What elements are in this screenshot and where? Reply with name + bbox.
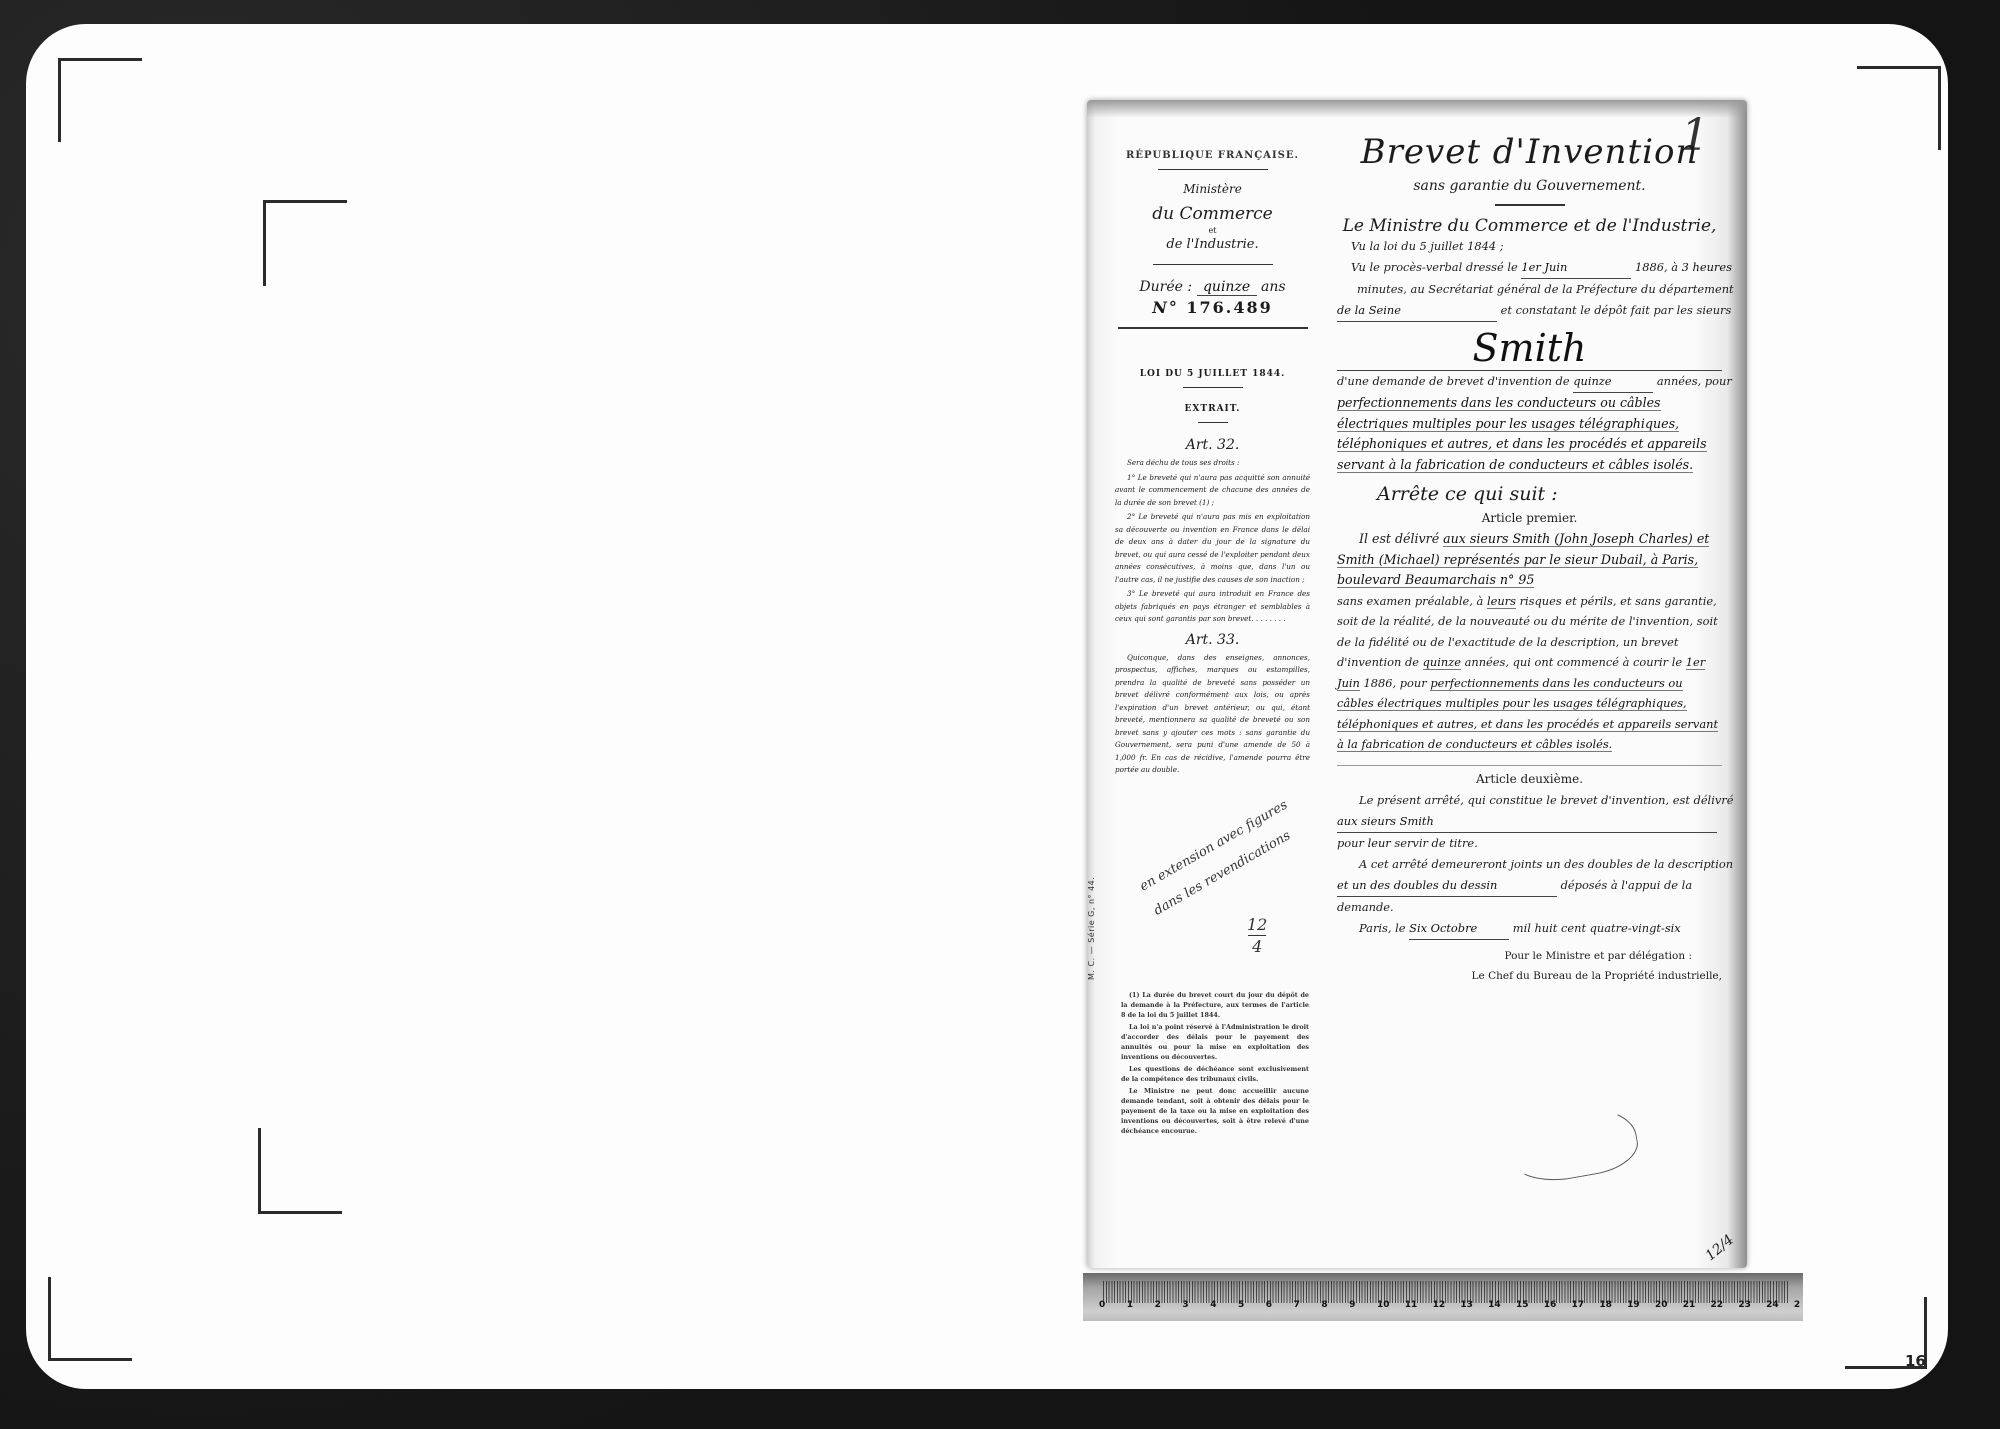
footnote: (1) La durée du brevet court du jour du … [1121,990,1309,1020]
divider [1337,765,1722,766]
divider [1183,387,1243,388]
ruler-label: 12 [1433,1300,1461,1310]
ruler-label: 9 [1349,1300,1377,1310]
issue-year-word: six [1665,921,1681,935]
art32-para: 3° Le breveté qui aura introduit en Fran… [1115,588,1310,626]
footnote: Le Ministre ne peut donc accueillir aucu… [1121,1086,1309,1136]
duration-value: quinze [1197,279,1257,296]
patent-number-field: N° 176.489 [1115,298,1310,317]
text: mil huit cent quatre-vingt- [1513,921,1665,935]
article2-line3: A cet arrêté demeureront joints un des d… [1337,854,1722,875]
text: un des doubles de la description [1546,857,1733,871]
deposit-hour: 3 heures [1682,260,1732,274]
minutes-line: minutes, au Secrétariat général de la Pr… [1337,279,1722,300]
divider [1118,327,1308,329]
duration-label: Durée : [1139,279,1192,295]
footnotes: (1) La durée du brevet court du jour du … [1121,990,1309,1138]
text: pour [1400,676,1427,690]
ministere-label: Ministère [1115,182,1310,196]
ruler-label: 4 [1210,1300,1238,1310]
deposit-date: 1er Juin [1521,257,1631,279]
art32-para: 2° Le breveté qui n'aura pas mis en expl… [1115,511,1310,586]
date-line: Paris, le Six Octobre mil huit cent quat… [1337,918,1722,940]
handwritten-margin-note: en extension avec figures dans les reven… [1134,791,1309,924]
crop-mark-outer-bottom-left [48,1277,132,1361]
article2-line1: Le présent arrêté, qui constitue le brev… [1337,790,1722,811]
ruler-label: 23 [1738,1300,1766,1310]
ruler-label: 18 [1599,1300,1627,1310]
arrete-heading: Arrête ce qui suit : [1377,483,1722,505]
ruler-label: 6 [1266,1300,1294,1310]
ruler-label: 11 [1405,1300,1433,1310]
patent-number: 176.489 [1186,298,1272,317]
crop-mark-inner-bottom-left [258,1128,342,1214]
text: pour [1337,836,1364,850]
ruler-label: 1 [1127,1300,1155,1310]
ruler-label: 10 [1377,1300,1405,1310]
divider [1158,169,1268,170]
law-title: LOI DU 5 JUILLET 1844. [1115,369,1310,379]
text: joint [1510,857,1536,871]
ruler-label: 20 [1655,1300,1683,1310]
duration-field: Durée : quinze ans [1115,279,1310,296]
text: déposés à l'appui de la [1561,878,1692,892]
granted-duration: quinze [1423,655,1461,670]
margin-fraction: 12 4 [1247,915,1267,956]
divider [1153,264,1273,265]
vu-loi-line: Vu la loi du 5 juillet 1844 ; [1337,236,1722,257]
deposit-year: 1886, à [1635,260,1678,274]
patent-document: 1 12/4 RÉPUBLIQUE FRANÇAISE. Ministère d… [1087,100,1747,1268]
art32-para: Sera déchu de tous ses droits : [1115,457,1310,470]
plate-number: 16 [1905,1352,1926,1370]
text: années, qui ont commencé à courir le [1465,655,1683,669]
left-column-header: RÉPUBLIQUE FRANÇAISE. Ministère du Comme… [1115,150,1310,779]
republic-heading: RÉPUBLIQUE FRANÇAISE. [1115,150,1310,161]
text: A cet arrêté demeurer [1359,857,1488,871]
art33-para: Quiconque, dans des enseignes, annonces,… [1115,652,1310,777]
vu-proces-verbal-line: Vu le procès-verbal dressé le 1er Juin 1… [1337,257,1722,279]
et-label: et [1115,226,1310,235]
ruler-label: 5 [1238,1300,1266,1310]
text: Il est délivré [1359,531,1439,546]
filled-phrase: et un des doubles du dessin [1337,875,1557,897]
article2-line2: pour leur servir de titre. [1337,833,1722,854]
departement: de la Seine [1337,300,1497,322]
footnote: La loi n'a point réservé à l'Administrat… [1121,1022,1309,1062]
commerce-label: du Commerce [1115,204,1310,224]
ruler-label: 7 [1294,1300,1322,1310]
document-subtitle: sans garantie du Gouvernement. [1337,178,1722,194]
ruler-label: 15 [1516,1300,1544,1310]
ruler-label: 21 [1683,1300,1711,1310]
ruler-label: 0 [1099,1300,1127,1310]
applicant-name: Smith [1337,326,1722,371]
ruler-label: 17 [1572,1300,1600,1310]
handwritten-signature [1502,1097,1642,1189]
divider [1198,422,1228,423]
text: d'une demande de brevet d'invention de [1337,374,1570,388]
fraction-denominator: 4 [1247,937,1267,956]
duration-unit: ans [1261,279,1286,295]
ruler-labels: 0 1 2 3 4 5 6 7 8 9 10 11 12 13 14 15 16… [1099,1300,1822,1310]
ruler-label: 2 [1794,1300,1822,1310]
text: et constatant le dépôt fait par les sieu… [1501,303,1732,317]
requested-duration: quinze [1573,371,1653,393]
minister-heading: Le Ministre du Commerce et de l'Industri… [1337,216,1722,236]
filled-word: leurs [1487,594,1516,609]
demande-line: d'une demande de brevet d'invention de q… [1337,371,1722,393]
fraction-numerator: 12 [1247,915,1267,934]
article1-holders: Il est délivré aux sieurs Smith (John Jo… [1337,529,1722,591]
art32-para: 1° Le breveté qui n'aura pas acquitté so… [1115,472,1310,510]
article1-heading: Article premier. [1337,511,1722,525]
crop-mark-outer-top-right [1857,66,1941,150]
document-title: Brevet d'Invention [1337,132,1722,172]
ruler-label: 3 [1182,1300,1210,1310]
ruler-label: 8 [1321,1300,1349,1310]
ruler-label: 14 [1488,1300,1516,1310]
art32-heading: Art. 32. [1115,437,1310,453]
article2-line4: et un des doubles du dessin déposés à l'… [1337,875,1722,897]
number-label: N° [1152,298,1179,317]
corner-annotation: 12/4 [1702,1232,1736,1264]
article2-heading: Article deuxième. [1337,772,1722,786]
art33-heading: Art. 33. [1115,632,1310,648]
ruler-label: 24 [1766,1300,1794,1310]
issue-date: Six Octobre [1409,918,1509,940]
footnote: Les questions de déchéance sont exclusiv… [1121,1064,1309,1084]
series-label: M. C. — Série G, n° 44. [1087,860,1096,980]
extract-heading: EXTRAIT. [1115,404,1310,414]
patent-body: Brevet d'Invention sans garantie du Gouv… [1337,132,1722,986]
crop-mark-inner-top-left [263,200,347,286]
departement-line: de la Seine et constatant le dépôt fait … [1337,300,1722,322]
fraction-bar [1248,935,1266,936]
text: Vu le procès-verbal dressé le [1351,260,1518,274]
filled-word: ont [1488,857,1507,871]
article1-body: sans examen préalable, à leurs risques e… [1337,591,1722,755]
ruler-label: 22 [1711,1300,1739,1310]
signature-block: Pour le Ministre et par délégation : Le … [1337,946,1722,986]
text: servir de titre. [1394,836,1477,850]
article2-holders: aux sieurs Smith [1337,811,1722,833]
ruler-label: 2 [1155,1300,1183,1310]
ruler-label: 13 [1460,1300,1488,1310]
measurement-ruler: 0 1 2 3 4 5 6 7 8 9 10 11 12 13 14 15 16… [1083,1273,1803,1321]
invention-title-text: perfectionnements dans les conducteurs o… [1337,395,1707,473]
ruler-label: 16 [1544,1300,1572,1310]
invention-title: perfectionnements dans les conducteurs o… [1337,393,1722,475]
text: années, pour [1657,374,1732,388]
crop-mark-outer-top-left [58,58,142,142]
article2-line5: demande. [1337,897,1722,918]
signature-line-2: Le Chef du Bureau de la Propriété indust… [1337,966,1722,986]
filled-word: s [1536,857,1542,871]
text: Paris, le [1359,921,1406,935]
industrie-label: de l'Industrie. [1115,237,1310,252]
text: sans examen préalable, à [1337,594,1483,608]
signature-line-1: Pour le Ministre et par délégation : [1337,946,1722,966]
ruler-label: 19 [1627,1300,1655,1310]
filled-word: leur [1368,836,1391,850]
ornament-divider [1495,204,1565,206]
holders: aux sieurs Smith [1337,811,1717,833]
start-year: 1886, [1364,676,1397,690]
